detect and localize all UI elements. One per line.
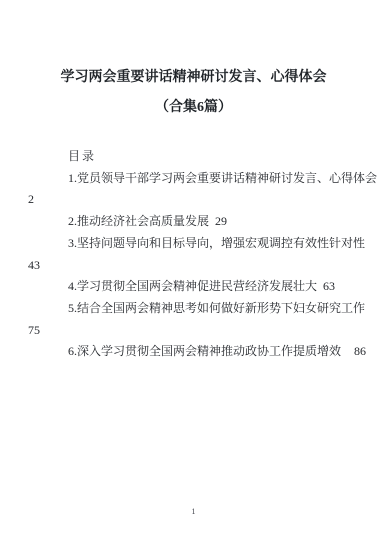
toc-item-title: 2.推动经济社会高质量发展 — [68, 214, 209, 228]
toc-item-page: 29 — [215, 214, 227, 228]
toc-item-page: 2 — [28, 189, 361, 211]
toc-item: 3.坚持问题导向和目标导向，增强宏观调控有效性针对性 43 — [28, 233, 361, 276]
toc-item-page: 63 — [323, 279, 335, 293]
document-title: 学习两会重要讲话精神研讨发言、心得体会 （合集6篇） — [0, 63, 387, 123]
document-title-line1: 学习两会重要讲话精神研讨发言、心得体会 — [0, 63, 387, 93]
toc-item: 2.推动经济社会高质量发展29 — [28, 211, 361, 233]
toc-item-page: 86 — [354, 344, 366, 358]
toc-item: 1.党员领导干部学习两会重要讲话精神研讨发言、心得体会 2 — [28, 168, 361, 211]
toc-item-title: 3.坚持问题导向和目标导向，增强宏观调控有效性针对性 — [28, 233, 361, 255]
table-of-contents: 目录 1.党员领导干部学习两会重要讲话精神研讨发言、心得体会 2 2.推动经济社… — [28, 146, 361, 363]
toc-item-page: 75 — [28, 320, 361, 342]
toc-item-title: 6.深入学习贯彻全国两会精神推动政协工作提质增效 — [68, 344, 341, 358]
toc-item: 6.深入学习贯彻全国两会精神推动政协工作提质增效86 — [28, 341, 361, 363]
page-number: 1 — [0, 507, 387, 516]
toc-item: 5.结合全国两会精神思考如何做好新形势下妇女研究工作 75 — [28, 298, 361, 341]
toc-item-page: 43 — [28, 255, 361, 277]
document-title-line2: （合集6篇） — [0, 93, 387, 123]
toc-item: 4.学习贯彻全国两会精神促进民营经济发展壮大63 — [28, 276, 361, 298]
toc-item-title: 1.党员领导干部学习两会重要讲话精神研讨发言、心得体会 — [28, 168, 361, 190]
toc-heading: 目录 — [28, 146, 361, 168]
document-page: 学习两会重要讲话精神研讨发言、心得体会 （合集6篇） 目录 1.党员领导干部学习… — [0, 0, 387, 550]
toc-item-title: 4.学习贯彻全国两会精神促进民营经济发展壮大 — [68, 279, 317, 293]
toc-item-title: 5.结合全国两会精神思考如何做好新形势下妇女研究工作 — [28, 298, 361, 320]
